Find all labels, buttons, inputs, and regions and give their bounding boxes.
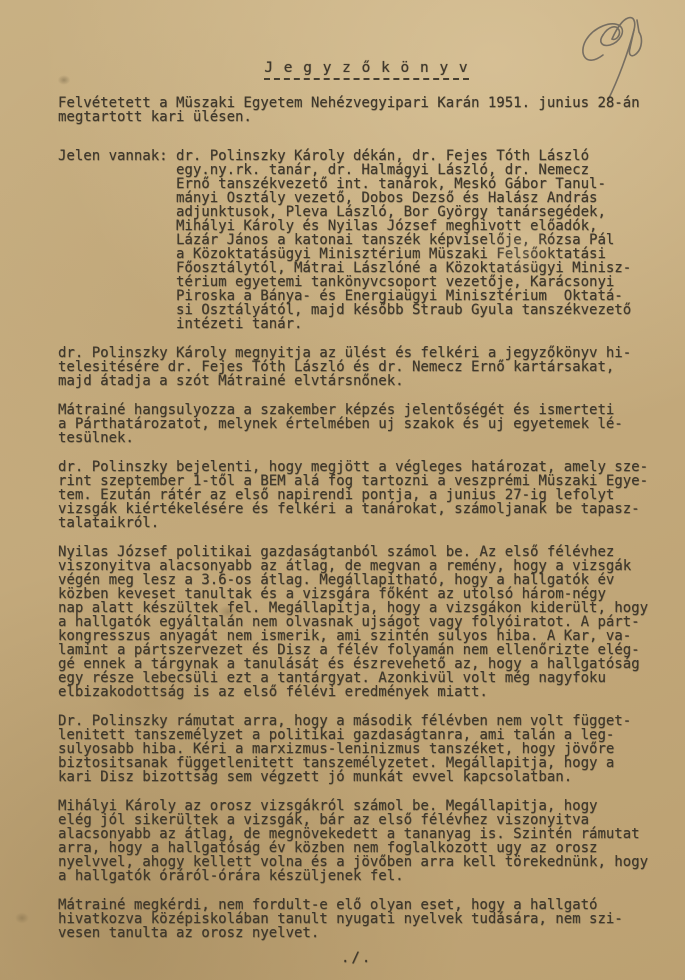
text-line: nap alatt készültek fel. Megállapitja, h…	[58, 601, 658, 615]
text-line: dr. Polinszky Károly megnyitja az ülést …	[58, 346, 658, 360]
document-title-wrap: J e g y z ő k ö n y v	[0, 57, 685, 80]
document-body: Felvétetett a Müszaki Egyetem Nehézvegyi…	[58, 96, 658, 955]
text-line: Dr. Polinszky rámutat arra, hogy a másod…	[58, 714, 658, 728]
text-line: mányi Osztály vezető, Dobos Dezső és Hal…	[58, 191, 658, 205]
text-line: Piroska a Bánya- és Energiaügyi Miniszté…	[58, 289, 658, 303]
paragraph-attendees: Jelen vannak: dr. Polinszky Károly dékán…	[58, 149, 658, 331]
text-line: sulyosabb hiba. Kéri a marxizmus-leniniz…	[58, 742, 658, 756]
text-line: alacsonyabb az átlag, de megnövekedett a…	[58, 827, 658, 841]
text-line: lamint a pártszervezet és Disz a félév f…	[58, 643, 658, 657]
paragraph-session-opening: dr. Polinszky Károly megnyitja az ülést …	[58, 346, 658, 388]
document-title: J e g y z ő k ö n y v	[264, 60, 468, 80]
text-line: vizsgák kiértékelésére és felkéri a taná…	[58, 502, 658, 516]
text-line: talataikról.	[58, 516, 658, 530]
text-line: elég jól sikerültek a vizsgák, bár az el…	[58, 813, 658, 827]
paragraph-matraine-remarks: Mátrainé hangsulyozza a szakember képzés…	[58, 403, 658, 445]
text-line: egy.ny.rk. tanár, dr. Halmágyi László, d…	[58, 163, 658, 177]
text-line: tesülnek.	[58, 431, 658, 445]
text-line: végén meg lesz a 3.6-os átlag. Megállapi…	[58, 573, 658, 587]
text-line: rint szeptember 1-től a BEM alá fog tart…	[58, 474, 658, 488]
text-line: a Párthatározatot, melynek értelmében uj…	[58, 417, 658, 431]
text-line: a Közoktatásügyi Minisztérium Müszaki Fe…	[58, 247, 658, 261]
text-line: a hallgatók egyáltalán nem olvasnak ujsá…	[58, 615, 658, 629]
text-line: Nyilas József politikai gazdaságtanból s…	[58, 545, 658, 559]
text-line: gé ennek a tárgynak a tanulását és észre…	[58, 657, 658, 671]
text-line: vesen tanulta az orosz nyelvet.	[58, 926, 658, 940]
text-line: viszonyitva alacsonyabb az átlag, de meg…	[58, 559, 658, 573]
text-line: kongresszus anyagát nem ismerik, ami szi…	[58, 629, 658, 643]
text-line: Jelen vannak: dr. Polinszky Károly dékán…	[58, 149, 658, 163]
page-continuation-mark: ./.	[341, 950, 372, 966]
paragraph-polinszky-criticism: Dr. Polinszky rámutat arra, hogy a másod…	[58, 714, 658, 784]
text-line: majd átadja a szót Mátrainé elvtársnőnek…	[58, 374, 658, 388]
text-line: Lázár János a katonai tanszék képviselőj…	[58, 233, 658, 247]
text-line: tem. Ezután rátér az első napirendi pont…	[58, 488, 658, 502]
text-line: Mihályi Károly és Nyilas József meghivot…	[58, 219, 658, 233]
text-line: Felvétetett a Müszaki Egyetem Nehézvegyi…	[58, 96, 658, 110]
text-line: dr. Polinszky bejelenti, hogy megjött a …	[58, 460, 658, 474]
paragraph-opening: Felvétetett a Müszaki Egyetem Nehézvegyi…	[58, 96, 658, 124]
text-line: térium egyetemi tankönyvcsoport vezetője…	[58, 275, 658, 289]
text-line: kari Disz bizottság sem végzett jó munká…	[58, 770, 658, 784]
text-line: elbizakodottság is az első félévi eredmé…	[58, 685, 658, 699]
text-line: intézeti tanár.	[58, 317, 658, 331]
text-line: si Osztályától, majd később Straub Gyula…	[58, 303, 658, 317]
paragraph-nyilas-report: Nyilas József politikai gazdaságtanból s…	[58, 545, 658, 699]
text-line: egy része lebecsüli ezt a tantárgyat. Az…	[58, 671, 658, 685]
text-line: lenitett tanszemélyzet a politikai gazda…	[58, 728, 658, 742]
text-line: arra, hogy a hallgatóság év közben nem f…	[58, 841, 658, 855]
text-line: Mihályi Károly az orosz vizsgákról számo…	[58, 799, 658, 813]
text-line: telesitésére dr. Fejes Tóth László és dr…	[58, 360, 658, 374]
text-line: Mátrainé hangsulyozza a szakember képzés…	[58, 403, 658, 417]
text-line: közben keveset tanultak és a vizsgára fő…	[58, 587, 658, 601]
text-line: Főosztálytól, Mátrai Lászlóné a Közoktat…	[58, 261, 658, 275]
text-line: biztositsanak függetlenitett tanszemélyz…	[58, 756, 658, 770]
paragraph-mihalyi-report: Mihályi Károly az orosz vizsgákról számo…	[58, 799, 658, 883]
text-line: megtartott kari ülésen.	[58, 110, 658, 124]
scanned-document-page: J e g y z ő k ö n y v Felvétetett a Müsz…	[0, 0, 685, 980]
paragraph-polinszky-announcement: dr. Polinszky bejelenti, hogy megjött a …	[58, 460, 658, 530]
text-line: hivatkozva középiskolában tanult nyugati…	[58, 912, 658, 926]
text-line: a hallgatók óráról-órára készüljenek fel…	[58, 869, 658, 883]
text-line: nyelvvel, ahogy kellett volna és a jövőb…	[58, 855, 658, 869]
text-line: adjunktusok, Pleva László, Bor György ta…	[58, 205, 658, 219]
text-line: Ernő tanszékvezető int. tanárok, Meskó G…	[58, 177, 658, 191]
text-line: Mátrainé megkérdi, nem fordult-e elő oly…	[58, 898, 658, 912]
paragraph-matraine-question: Mátrainé megkérdi, nem fordult-e elő oly…	[58, 898, 658, 940]
